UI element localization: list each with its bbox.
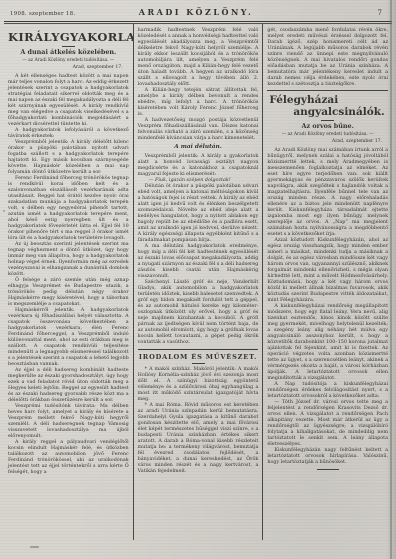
paragraph: A két ellenséges hadtest között a mai na… (8, 73, 129, 127)
paragraph: Veszprémi tudósítónk távirata: Ma délben… (8, 403, 129, 439)
article-byline: — az Aradi Közlöny eredeti tudósítása. — (8, 58, 129, 63)
paragraph: Az éjjel a déli hadsereg kombinált hadte… (8, 367, 129, 403)
article-separator-rule (267, 90, 388, 91)
paragraph: A király reggel a pályaudvari vendéglőtő… (8, 439, 129, 475)
article-subheadline-right: Az orvos bűne. (267, 123, 388, 131)
paragraph: * A makói színház. Makóról jelentik: A m… (138, 366, 259, 402)
newspaper-page: 1908. szeptember 18. ARADI KÖZLÖNY. 7 KI… (0, 0, 396, 559)
article-body-right-top: gét, csodaszámba menő fordulatai révén ö… (267, 27, 388, 87)
article-dateline: Arad, szeptember 17. (8, 65, 129, 71)
article-headline-felegyhazai-line1: Félegyházai (267, 94, 388, 106)
paragraph: Az Aradi Közlöny mai számában írtunk arr… (267, 147, 388, 237)
article-subheadline: A dunai átkelés közelében. (8, 49, 129, 57)
paragraph: Ő felsége a záró szemle után még aznap e… (8, 277, 129, 307)
article-body-middle-top: harmadik hadtestnek Veszprém felé való k… (138, 27, 259, 141)
masthead: ARADI KÖZLÖNY. (139, 7, 253, 17)
column-right: gét, csodaszámba menő fordulatai révén ö… (262, 24, 392, 540)
paragraph: Azzal köztudott Kiskunfélegyházán, ahol … (267, 237, 388, 303)
paragraph: A hadgyakorlatok lefolyásáról a következ… (8, 127, 129, 139)
article-dateline-right: Arad, szeptember 17. (267, 139, 388, 145)
section-rule (138, 349, 259, 350)
header-rule-thick (4, 21, 392, 22)
column-container: KIRÁLYGYAKORLATOK. A dunai átkelés közel… (4, 24, 392, 540)
article-body-left: A két ellenséges hadtest között a mai na… (8, 73, 129, 475)
article-end-rule (317, 469, 339, 470)
section-items-irodalom: * A makói színház. Makóról jelentik: A m… (138, 366, 259, 474)
headline-ornament-right (321, 120, 334, 121)
paragraph: A kiskunfélegyházai rendőrség megállapít… (267, 303, 388, 381)
scan-speck (3, 210, 5, 212)
section-header-irodalom: IRODALOM ÉS MŰVÉSZET. (138, 353, 259, 361)
paragraph: A ma délutáni hadgyakorlatok eredménye, … (138, 243, 259, 279)
paragraph: Hajmáskérről jelentik: A hadgyakorlatok … (8, 307, 129, 367)
paragraph: Veszprémből jelentik: A király délelőtt … (8, 139, 129, 175)
column-left: KIRÁLYGYAKORLATOK. A dunai átkelés közel… (4, 24, 133, 540)
paragraph: gét, csodaszámba menő fordulatai révén ö… (267, 27, 388, 87)
article-byline-right: — az Aradi Közlöny eredeti tudósítása. — (267, 132, 388, 137)
paragraph: Az új beosztás szerinti jelentések szeri… (8, 241, 129, 277)
section-ornament (192, 363, 205, 364)
paragraph: Kiskunfélegyházán nagy feltűnést keltett… (267, 447, 388, 465)
paragraph: Széchenyi László gróf és neje, Vanderbil… (138, 279, 259, 345)
paragraph: harmadik hadtestnek Veszprém felé való k… (138, 27, 259, 87)
headline-ornament (62, 46, 75, 47)
column-middle: harmadik hadtestnek Veszprém felé való k… (133, 24, 263, 540)
page-header: 1908. szeptember 18. ARADI KÖZLÖNY. 7 (0, 0, 396, 20)
crosshead-a-mai-delutan: A mai délután. (138, 144, 259, 151)
issue-date: 1908. szeptember 18. (10, 11, 139, 17)
paragraph: Délután öt órakor a püspöki palotában ud… (138, 183, 259, 243)
paragraph: A hadvezetőség mozgó postája közvetlenül… (138, 117, 259, 141)
paragraph: * A mai Róma. Rövid műsoros est keretébe… (138, 402, 259, 474)
paragraph: Ferenc Ferdinánd főherceg trónörökös teg… (8, 175, 129, 241)
article-body-middle-afternoon: Veszprémből jelentik: A király a gyakorl… (138, 153, 259, 345)
article-body-right: Az Aradi Közlöny mai számában írtunk arr… (267, 147, 388, 465)
article-headline-kiralygyakorlatok: KIRÁLYGYAKORLATOK. (8, 30, 129, 44)
article-headline-felegyhazai-line2: angyalcsinálók. (267, 106, 388, 118)
scan-edge-line (390, 0, 392, 559)
paragraph: Veszprémből jelentik: A király a gyakorl… (138, 153, 259, 177)
paragraph: — Tóth József dr. városi orvos tette meg… (267, 399, 388, 447)
paragraph: A Kilián-hegy tetején sátrat állítottak … (138, 87, 259, 117)
scan-smudge (30, 546, 39, 548)
paragraph: A Nap tudósítója a kiskunfélegyházai ren… (267, 381, 388, 399)
page-number: 7 (253, 9, 386, 17)
